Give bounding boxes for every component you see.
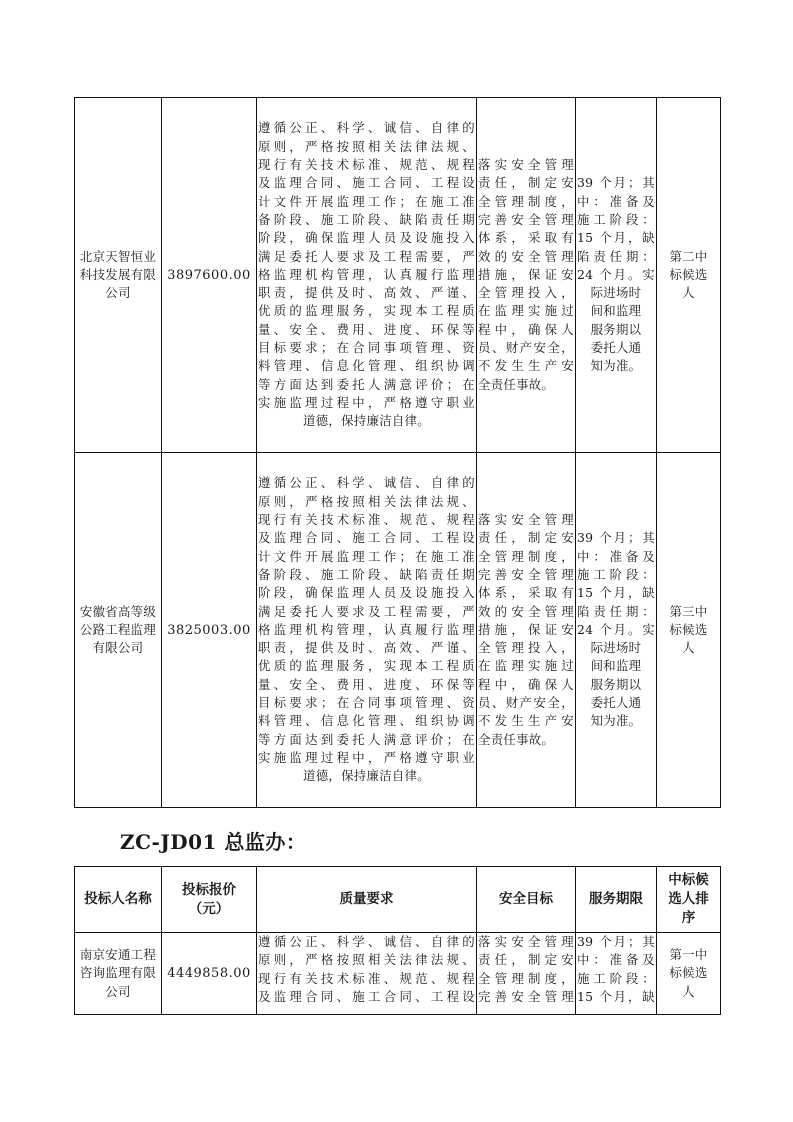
text-line: 料管理、信息化管理、组织协调 (258, 712, 475, 730)
text-line: 39 个月；其 (577, 933, 655, 951)
bidder-name: 南京安通工程咨询监理有限公司 (79, 946, 157, 1001)
safety-target-cell: 落实安全管理责任，制定安全管理制度，完善安全管理体系，采取有效的安全管理措施，保… (477, 98, 576, 453)
header-safety-target: 安全目标 (477, 867, 576, 933)
text-line: 优质的监理服务，实现本工程质 (258, 657, 475, 675)
safety-target-cell: 落实安全管理责任，制定安全管理制度，完善安全管理体系，采取有效的安全管理措施，保… (477, 453, 576, 808)
text-line: 中：准备及 (577, 951, 655, 969)
text-line: 职责，提供及时、高效、严谨、 (258, 639, 475, 657)
text-line: 量、安全、费用、进度、环保等 (258, 321, 475, 339)
text-line: 知为准。 (577, 712, 655, 730)
text-line: 效的安全管理 (478, 603, 574, 621)
bidder-name: 北京天智恒业科技发展有限公司 (79, 248, 157, 303)
text-line: 体系，采取有 (478, 584, 574, 602)
text-line: 责任，制定安 (478, 951, 574, 969)
text-line: 施工阶段： (577, 566, 655, 584)
text-line: 遵循公正、科学、诚信、自律的 (258, 119, 475, 137)
text-line: 完善安全管理 (478, 988, 574, 1006)
table-row: 北京天智恒业科技发展有限公司 3897600.00 遵循公正、科学、诚信、自律的… (75, 98, 721, 453)
text-line: 实施监理过程中，严格遵守职业 (258, 394, 475, 412)
text-line: 39 个月；其 (577, 529, 655, 547)
text-line: 遵循公正、科学、诚信、自律的 (258, 474, 475, 492)
candidate-rank-cell: 第二中标候选人 (657, 98, 721, 453)
candidate-rank-cell: 第一中标候选人 (657, 933, 721, 1015)
quality-requirement-cell: 遵循公正、科学、诚信、自律的原则，严格按照相关法律法规、现行有关技术标准、规范、… (257, 453, 477, 808)
text-line: 程中，确保人 (478, 321, 574, 339)
bidder-name-cell: 安徽省高等级公路工程监理有限公司 (75, 453, 162, 808)
text-line: 及监理合同、施工合同、工程设 (258, 988, 475, 1006)
text-line: 原则，严格按照相关法律法规、 (258, 951, 475, 969)
text-line: 员、财产安全， (478, 694, 574, 712)
text-line: 遵循公正、科学、诚信、自律的 (258, 933, 475, 951)
text-line: 计文件开展监理工作；在施工准 (258, 193, 475, 211)
text-line: 料管理、信息化管理、组织协调 (258, 357, 475, 375)
text-line: 满足委托人要求及工程需要，严 (258, 603, 475, 621)
quality-requirement-cell: 遵循公正、科学、诚信、自律的原则，严格按照相关法律法规、现行有关技术标准、规范、… (257, 98, 477, 453)
bidder-name-cell: 南京安通工程咨询监理有限公司 (75, 933, 162, 1015)
section-title: ZC-JD01 总监办： (120, 826, 306, 855)
text-line: 全管理制度， (478, 548, 574, 566)
text-line: 24 个月。实 (577, 621, 655, 639)
quality-text: 遵循公正、科学、诚信、自律的原则，严格按照相关法律法规、现行有关技术标准、规范、… (258, 474, 475, 785)
text-line: 责任，制定安 (478, 529, 574, 547)
text-line: 量、安全、费用、进度、环保等 (258, 676, 475, 694)
text-line: 在监理实施过 (478, 657, 574, 675)
text-line: 等方面达到委托人满意评价；在 (258, 731, 475, 749)
period-text: 39 个月；其中：准备及施工阶段：15 个月，缺陷责任期：24 个月。实际进场时… (577, 529, 655, 730)
text-line: 陷责任期： (577, 603, 655, 621)
safety-text: 落实安全管理责任，制定安全管理制度，完善安全管理体系，采取有效的安全管理措施，保… (478, 511, 574, 749)
bid-results-table: 投标人名称 投标报价（元） 质量要求 安全目标 服务期限 中标候选人排序 南京安… (74, 866, 721, 1015)
text-line: 备阶段、施工阶段、缺陷责任期 (258, 566, 475, 584)
text-line: 阶段，确保监理人员及设施投入 (258, 229, 475, 247)
text-line: 不发生生产安 (478, 357, 574, 375)
text-line: 服务期以 (577, 321, 655, 339)
text-line: 知为准。 (577, 357, 655, 375)
text-line: 现行有关技术标准、规范、规程 (258, 511, 475, 529)
text-line: 委托人通 (577, 694, 655, 712)
text-line: 全管理投入， (478, 284, 574, 302)
text-line: 原则，严格按照相关法律法规、 (258, 138, 475, 156)
table-row: 南京安通工程咨询监理有限公司 4449858.00 遵循公正、科学、诚信、自律的… (75, 933, 721, 1015)
text-line: 道德，保持廉洁自律。 (258, 412, 475, 430)
header-quality-requirement: 质量要求 (257, 867, 477, 933)
text-line: 道德，保持廉洁自律。 (258, 767, 475, 785)
text-line: 满足委托人要求及工程需要，严 (258, 248, 475, 266)
text-line: 现行有关技术标准、规范、规程 (258, 156, 475, 174)
text-line: 际进场时 (577, 284, 655, 302)
service-period-cell: 39 个月；其中：准备及施工阶段：15 个月，缺 (576, 933, 657, 1015)
text-line: 阶段，确保监理人员及设施投入 (258, 584, 475, 602)
text-line: 在监理实施过 (478, 302, 574, 320)
text-line: 职责，提供及时、高效、严谨、 (258, 284, 475, 302)
text-line: 际进场时 (577, 639, 655, 657)
bidder-name-cell: 北京天智恒业科技发展有限公司 (75, 98, 162, 453)
text-line: 陷责任期： (577, 248, 655, 266)
bid-price-cell: 4449858.00 (162, 933, 257, 1015)
header-bidder-name: 投标人名称 (75, 867, 162, 933)
text-line: 全责任事故。 (478, 731, 574, 749)
text-line: 39 个月；其 (577, 174, 655, 192)
period-text: 39 个月；其中：准备及施工阶段：15 个月，缺陷责任期：24 个月。实际进场时… (577, 174, 655, 375)
text-line: 及监理合同、施工合同、工程设 (258, 174, 475, 192)
text-line: 格监理机构管理，认真履行监理 (258, 621, 475, 639)
text-line: 完善安全管理 (478, 566, 574, 584)
text-line: 责任，制定安 (478, 174, 574, 192)
text-line: 实施监理过程中，严格遵守职业 (258, 749, 475, 767)
candidate-rank: 第一中标候选人 (665, 946, 713, 1001)
header-service-period: 服务期限 (576, 867, 657, 933)
text-line: 24 个月。实 (577, 266, 655, 284)
text-line: 间和监理 (577, 657, 655, 675)
text-line: 不发生生产安 (478, 712, 574, 730)
safety-target-cell: 落实安全管理责任，制定安全管理制度，完善安全管理 (477, 933, 576, 1015)
text-line: 15 个月，缺 (577, 988, 655, 1006)
text-line: 完善安全管理 (478, 211, 574, 229)
text-line: 原则，严格按照相关法律法规、 (258, 493, 475, 511)
text-line: 现行有关技术标准、规范、规程 (258, 970, 475, 988)
text-line: 中：准备及 (577, 193, 655, 211)
bidder-name: 安徽省高等级公路工程监理有限公司 (79, 603, 157, 658)
text-line: 全管理投入， (478, 639, 574, 657)
text-line: 格监理机构管理，认真履行监理 (258, 266, 475, 284)
text-line: 全管理制度， (478, 970, 574, 988)
text-line: 等方面达到委托人满意评价；在 (258, 376, 475, 394)
text-line: 落实安全管理 (478, 156, 574, 174)
safety-text: 落实安全管理责任，制定安全管理制度，完善安全管理体系，采取有效的安全管理措施，保… (478, 156, 574, 394)
table-row: 安徽省高等级公路工程监理有限公司 3825003.00 遵循公正、科学、诚信、自… (75, 453, 721, 808)
safety-text: 落实安全管理责任，制定安全管理制度，完善安全管理 (478, 933, 574, 1006)
text-line: 措施，保证安 (478, 621, 574, 639)
text-line: 落实安全管理 (478, 933, 574, 951)
text-line: 员、财产安全， (478, 339, 574, 357)
bid-price-cell: 3897600.00 (162, 98, 257, 453)
text-line: 施工阶段： (577, 970, 655, 988)
text-line: 体系，采取有 (478, 229, 574, 247)
header-candidate-rank: 中标候选人排序 (657, 867, 721, 933)
text-line: 委托人通 (577, 339, 655, 357)
text-line: 程中，确保人 (478, 676, 574, 694)
table-header-row: 投标人名称 投标报价（元） 质量要求 安全目标 服务期限 中标候选人排序 (75, 867, 721, 933)
text-line: 中：准备及 (577, 548, 655, 566)
text-line: 目标要求；在合同事项管理、资 (258, 339, 475, 357)
candidate-rank: 第二中标候选人 (665, 248, 713, 303)
text-line: 计文件开展监理工作；在施工准 (258, 548, 475, 566)
text-line: 措施，保证安 (478, 266, 574, 284)
quality-text: 遵循公正、科学、诚信、自律的原则，严格按照相关法律法规、现行有关技术标准、规范、… (258, 119, 475, 430)
text-line: 备阶段、施工阶段、缺陷责任期 (258, 211, 475, 229)
candidate-rank-cell: 第三中标候选人 (657, 453, 721, 808)
bid-price-cell: 3825003.00 (162, 453, 257, 808)
text-line: 全责任事故。 (478, 376, 574, 394)
text-line: 目标要求；在合同事项管理、资 (258, 694, 475, 712)
text-line: 15 个月，缺 (577, 229, 655, 247)
service-period-cell: 39 个月；其中：准备及施工阶段：15 个月，缺陷责任期：24 个月。实际进场时… (576, 98, 657, 453)
text-line: 间和监理 (577, 302, 655, 320)
quality-text: 遵循公正、科学、诚信、自律的原则，严格按照相关法律法规、现行有关技术标准、规范、… (258, 933, 475, 1006)
period-text: 39 个月；其中：准备及施工阶段：15 个月，缺 (577, 933, 655, 1006)
text-line: 施工阶段： (577, 211, 655, 229)
text-line: 及监理合同、施工合同、工程设 (258, 529, 475, 547)
bid-results-table-continued: 北京天智恒业科技发展有限公司 3897600.00 遵循公正、科学、诚信、自律的… (74, 97, 721, 808)
text-line: 落实安全管理 (478, 511, 574, 529)
service-period-cell: 39 个月；其中：准备及施工阶段：15 个月，缺陷责任期：24 个月。实际进场时… (576, 453, 657, 808)
text-line: 优质的监理服务，实现本工程质 (258, 302, 475, 320)
candidate-rank: 第三中标候选人 (665, 603, 713, 658)
text-line: 服务期以 (577, 676, 655, 694)
text-line: 效的安全管理 (478, 248, 574, 266)
text-line: 全管理制度， (478, 193, 574, 211)
header-bid-price: 投标报价（元） (162, 867, 257, 933)
quality-requirement-cell: 遵循公正、科学、诚信、自律的原则，严格按照相关法律法规、现行有关技术标准、规范、… (257, 933, 477, 1015)
text-line: 15 个月，缺 (577, 584, 655, 602)
